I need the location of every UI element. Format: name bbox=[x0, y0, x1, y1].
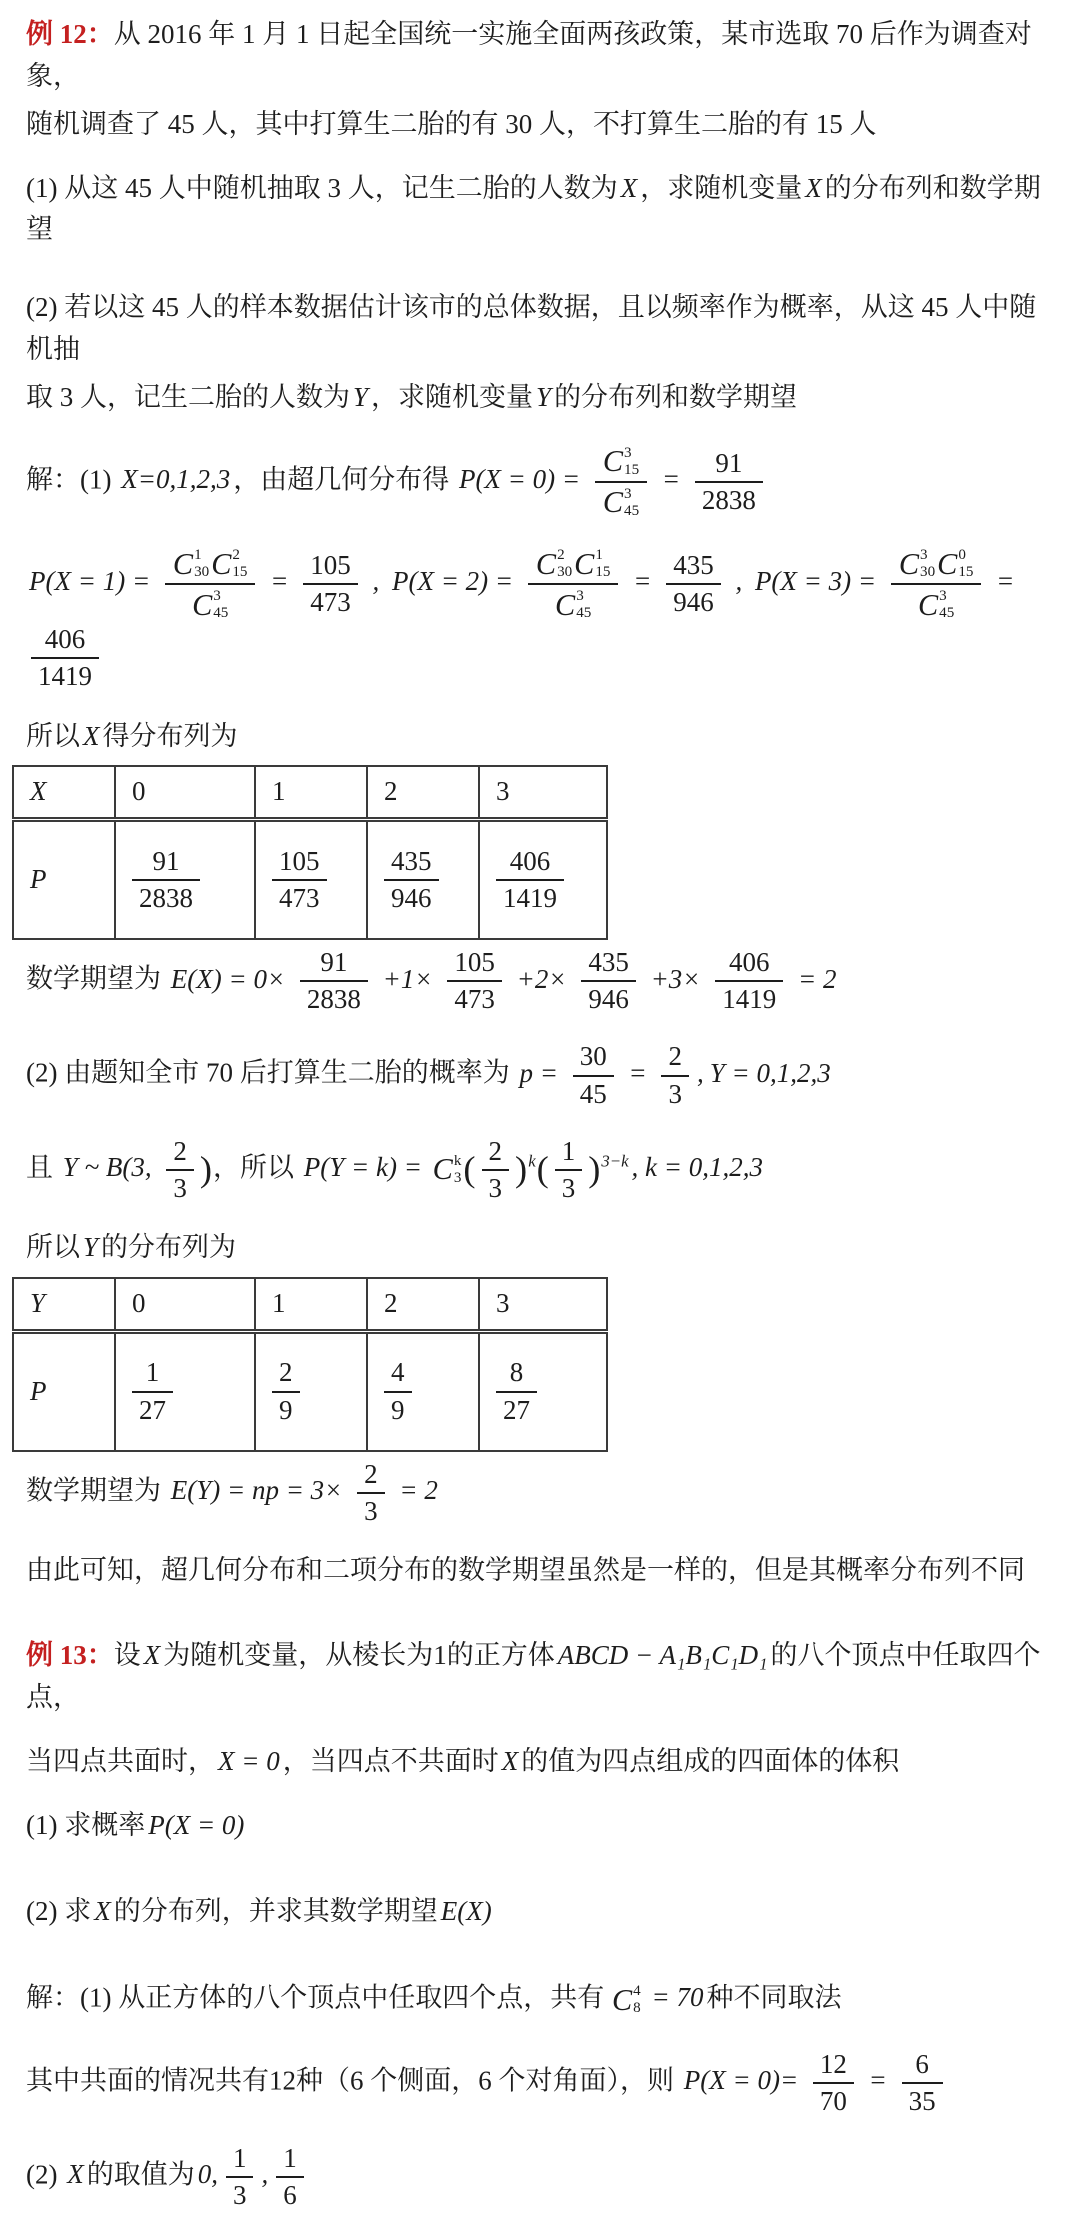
binomial-coefficient: C345 bbox=[918, 588, 954, 623]
so-x-distribution-caption: 所以X得分布列为 bbox=[26, 716, 1056, 758]
binomial-coefficient: C345 bbox=[603, 485, 639, 520]
fraction: 635 bbox=[902, 2048, 943, 2118]
header-cell: 0 bbox=[115, 766, 255, 820]
question-13-2: (2) 求X的分布列，并求其数学期望E(X) bbox=[26, 1891, 1056, 1933]
solution-13-line-1: 解：(1) 从正方体的八个顶点中任取四个点，共有 C48 = 70种不同取法 bbox=[26, 1977, 1056, 2024]
question-1: (1) 从这 45 人中随机抽取 3 人，记生二胎的人数为X，求随机变量X的分布… bbox=[26, 168, 1056, 252]
fraction: 105473 bbox=[272, 845, 327, 915]
fraction: 127 bbox=[132, 1356, 173, 1426]
probability-cell: 49 bbox=[367, 1331, 479, 1451]
fraction: 435946 bbox=[384, 845, 439, 915]
table-header-row: X 0 1 2 3 bbox=[13, 766, 607, 820]
fraction: 16 bbox=[276, 2142, 304, 2212]
fraction: 4061419 bbox=[31, 623, 99, 693]
binomial-coefficient: C345 bbox=[555, 588, 591, 623]
paren: ( bbox=[462, 1149, 476, 1189]
fraction: 4061419 bbox=[715, 946, 783, 1016]
binomial-coefficient: C115 bbox=[574, 547, 610, 582]
fraction: 23 bbox=[482, 1135, 510, 1205]
table-header-row: Y 0 1 2 3 bbox=[13, 1278, 607, 1332]
row-label: P bbox=[13, 820, 115, 940]
fraction: 435946 bbox=[581, 946, 636, 1016]
solution-13-line-2: 其中共面的情况共有12种（6 个侧面，6 个对角面），则 P(X = 0)= 1… bbox=[26, 2048, 1056, 2118]
var-x: X bbox=[499, 1746, 522, 1776]
formula-p: p = bbox=[516, 1058, 560, 1088]
fraction: 23 bbox=[357, 1458, 385, 1528]
var-x: X bbox=[618, 173, 641, 203]
formula-ex: E(X) bbox=[438, 1896, 495, 1926]
binomial-coefficient: C315 bbox=[603, 444, 639, 479]
table-probability-row: P 127 29 49 827 bbox=[13, 1331, 607, 1451]
fraction: 435946 bbox=[666, 549, 721, 619]
x-values: X=0,1,2,3 bbox=[118, 464, 233, 494]
example-12-label: 例 12： bbox=[26, 19, 114, 49]
header-cell: X bbox=[13, 766, 115, 820]
formula-y-binomial: Y ~ B(3, bbox=[60, 1152, 155, 1182]
example-12-intro-line-1: 例 12：从 2016 年 1 月 1 日起全国统一实施全面两孩政策，某市选取 … bbox=[26, 14, 1056, 98]
paren: ( bbox=[536, 1149, 550, 1189]
var-y: Y bbox=[80, 1232, 101, 1262]
solution-px0-line: 解：(1) X=0,1,2,3，由超几何分布得 P(X = 0) = C315 … bbox=[26, 443, 1056, 521]
paren: ) bbox=[587, 1149, 601, 1189]
x-values-line: (2) X的取值为0,13,16 bbox=[26, 2142, 1056, 2212]
binomial-coefficient: C230 bbox=[536, 547, 572, 582]
fraction: 912838 bbox=[132, 845, 200, 915]
solution-px123-line: P(X = 1) = C130C215 C345 = 105473 , P(X … bbox=[26, 545, 1056, 693]
math-worksheet-page: { "colors":{"accent_red":"#c42020","text… bbox=[0, 0, 1080, 2222]
fraction: 3045 bbox=[573, 1040, 614, 1110]
fraction-combinatorial: C315 C345 bbox=[595, 443, 647, 521]
part2-probability-line: (2) 由题知全市 70 后打算生二胎的概率为 p = 3045 = 23,Y … bbox=[26, 1040, 1056, 1110]
expectation-y-line: 数学期望为 E(Y) = np = 3× 23 = 2 bbox=[26, 1458, 1056, 1528]
exponent-k: k bbox=[528, 1151, 535, 1170]
x-equals-0: X = 0 bbox=[215, 1746, 283, 1776]
fraction: 49 bbox=[384, 1356, 412, 1426]
formula-px2: P(X = 2) = bbox=[389, 566, 516, 596]
fraction: 23 bbox=[166, 1135, 194, 1205]
fraction: 105473 bbox=[303, 549, 358, 619]
header-cell: 3 bbox=[479, 766, 607, 820]
formula-px0: P(X = 0) = bbox=[456, 464, 583, 494]
header-cell: 1 bbox=[255, 1278, 367, 1332]
exponent-3-k: 3−k bbox=[601, 1151, 628, 1170]
var-x: X bbox=[802, 173, 825, 203]
var-x: X bbox=[64, 2159, 87, 2189]
y-distribution-table: Y 0 1 2 3 P 127 29 49 827 bbox=[12, 1277, 608, 1452]
fraction: 1270 bbox=[813, 2048, 854, 2118]
y-values: Y = 0,1,2,3 bbox=[707, 1058, 834, 1088]
x-distribution-table: X 0 1 2 3 P 912838 105473 435946 4061419 bbox=[12, 765, 608, 940]
var-y: Y bbox=[350, 382, 371, 412]
binomial-coefficient: C015 bbox=[937, 547, 973, 582]
example-12-intro-line-2: 随机调查了 45 人，其中打算生二胎的有 30 人，不打算生二胎的有 15 人 bbox=[26, 104, 1056, 146]
intro-text: 从 2016 年 1 月 1 日起全国统一实施全面两孩政策，某市选取 70 后作… bbox=[26, 19, 1032, 91]
probability-cell: 127 bbox=[115, 1331, 255, 1451]
fraction: 29 bbox=[272, 1356, 300, 1426]
fraction: 827 bbox=[496, 1356, 537, 1426]
header-cell: 2 bbox=[367, 1278, 479, 1332]
paren: ) bbox=[199, 1149, 213, 1189]
fraction: 912838 bbox=[695, 447, 763, 517]
formula-px0: P(X = 0) bbox=[145, 1810, 247, 1840]
fraction: 23 bbox=[661, 1040, 689, 1110]
cube-label: ABCD − A₁B₁C₁D₁ bbox=[555, 1640, 771, 1670]
binomial-coefficient: C48 bbox=[612, 1977, 641, 2024]
var-x: X bbox=[80, 721, 103, 751]
row-label: P bbox=[13, 1331, 115, 1451]
formula-px1: P(X = 1) = bbox=[26, 566, 153, 596]
formula-px0: P(X = 0)= bbox=[681, 2065, 801, 2095]
var-x: X bbox=[141, 1640, 164, 1670]
header-cell: Y bbox=[13, 1278, 115, 1332]
fraction: 912838 bbox=[300, 946, 368, 1016]
table-probability-row: P 912838 105473 435946 4061419 bbox=[13, 820, 607, 940]
question-2-line-1: (2) 若以这 45 人的样本数据估计该市的总体数据，且以频率作为概率，从这 4… bbox=[26, 287, 1056, 371]
probability-cell: 435946 bbox=[367, 820, 479, 940]
so-y-distribution-caption: 所以Y的分布列为 bbox=[26, 1227, 1056, 1269]
var-x: X bbox=[91, 1896, 114, 1926]
conclusion-line: 由此可知，超几何分布和二项分布的数学期望虽然是一样的，但是其概率分布列不同 bbox=[26, 1550, 1056, 1592]
binomial-line: 且 Y ~ B(3, 23)，所以 P(Y = k) = Ck3(23)k(13… bbox=[26, 1135, 1056, 1205]
question-2-line-2: 取 3 人，记生二胎的人数为Y，求随机变量Y的分布列和数学期望 bbox=[26, 377, 1056, 419]
example-13-intro-line-1: 例 13：设X为随机变量，从棱长为1的正方体ABCD − A₁B₁C₁D₁的八个… bbox=[26, 1635, 1056, 1719]
expectation-x-line: 数学期望为 E(X) = 0× 912838 +1× 105473 +2× 43… bbox=[26, 946, 1056, 1016]
header-cell: 2 bbox=[367, 766, 479, 820]
formula-pyk: P(Y = k) = bbox=[301, 1152, 425, 1182]
binomial-coefficient: C130 bbox=[173, 547, 209, 582]
probability-cell: 912838 bbox=[115, 820, 255, 940]
example-13-intro-line-2: 当四点共面时，X = 0，当四点不共面时X的值为四点组成的四面体的体积 bbox=[26, 1741, 1056, 1783]
binomial-coefficient: C345 bbox=[192, 588, 228, 623]
question-13-1: (1) 求概率P(X = 0) bbox=[26, 1805, 1056, 1847]
header-cell: 3 bbox=[479, 1278, 607, 1332]
binomial-coefficient: Ck3 bbox=[433, 1146, 462, 1193]
fraction-combinatorial: C230C115 C345 bbox=[528, 545, 619, 623]
var-y: Y bbox=[533, 382, 554, 412]
formula-ex: E(X) = 0× bbox=[168, 964, 288, 994]
fraction: 105473 bbox=[447, 946, 502, 1016]
header-cell: 0 bbox=[115, 1278, 255, 1332]
probability-cell: 827 bbox=[479, 1331, 607, 1451]
fraction-combinatorial: C130C215 C345 bbox=[165, 545, 256, 623]
example-13-label: 例 13： bbox=[26, 1640, 114, 1670]
k-range: , k = 0,1,2,3 bbox=[629, 1152, 766, 1182]
formula-px3: P(X = 3) = bbox=[752, 566, 879, 596]
paren: ) bbox=[514, 1149, 528, 1189]
header-cell: 1 bbox=[255, 766, 367, 820]
fraction: 13 bbox=[226, 2142, 254, 2212]
fraction: 4061419 bbox=[496, 845, 564, 915]
probability-cell: 4061419 bbox=[479, 820, 607, 940]
fraction-combinatorial: C330C015 C345 bbox=[891, 545, 982, 623]
probability-cell: 105473 bbox=[255, 820, 367, 940]
probability-cell: 29 bbox=[255, 1331, 367, 1451]
binomial-coefficient: C330 bbox=[899, 547, 935, 582]
formula-ey: E(Y) = np = 3× bbox=[168, 1475, 346, 1505]
fraction: 13 bbox=[555, 1135, 583, 1205]
binomial-coefficient: C215 bbox=[211, 547, 247, 582]
